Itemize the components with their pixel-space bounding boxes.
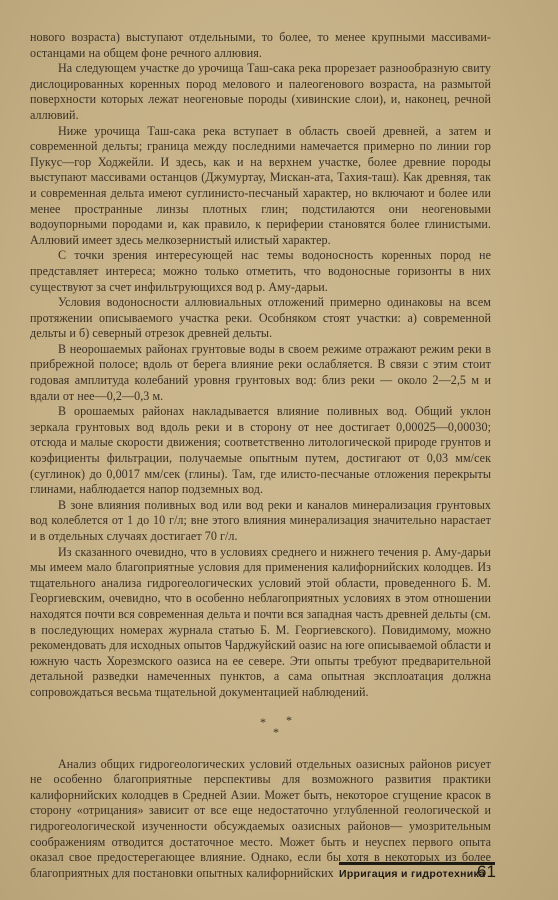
section-separator: * * * — [30, 715, 491, 757]
document-page: нового возраста) выступают отдельными, т… — [0, 0, 558, 900]
paragraph: Условия водоносности аллювиальных отложе… — [30, 295, 491, 342]
paragraph: В неорошаемых районах грунтовые воды в с… — [30, 342, 491, 404]
paragraph: С точки зрения интересующей нас темы вод… — [30, 248, 491, 295]
paragraph: В зоне влияния поливных вод или вод реки… — [30, 498, 491, 545]
paragraph: На следующем участке до урочища Таш-сака… — [30, 61, 491, 123]
asterisk-icon: * — [260, 715, 266, 731]
asterisk-icon: * — [273, 725, 279, 741]
paragraph: нового возраста) выступают отдельными, т… — [30, 30, 491, 61]
footer-rule — [339, 862, 495, 865]
page-number: 61 — [477, 862, 496, 882]
paragraph: Ниже урочища Таш-сака река вступает в об… — [30, 124, 491, 249]
body-text: нового возраста) выступают отдельными, т… — [30, 30, 491, 881]
paragraph: В орошаемых районах накладывается влияни… — [30, 404, 491, 498]
journal-title: Ирригация и гидротехника — [339, 868, 485, 880]
asterisk-icon: * — [286, 713, 292, 729]
paragraph: Из сказанного очевидно, что в условиях с… — [30, 545, 491, 701]
